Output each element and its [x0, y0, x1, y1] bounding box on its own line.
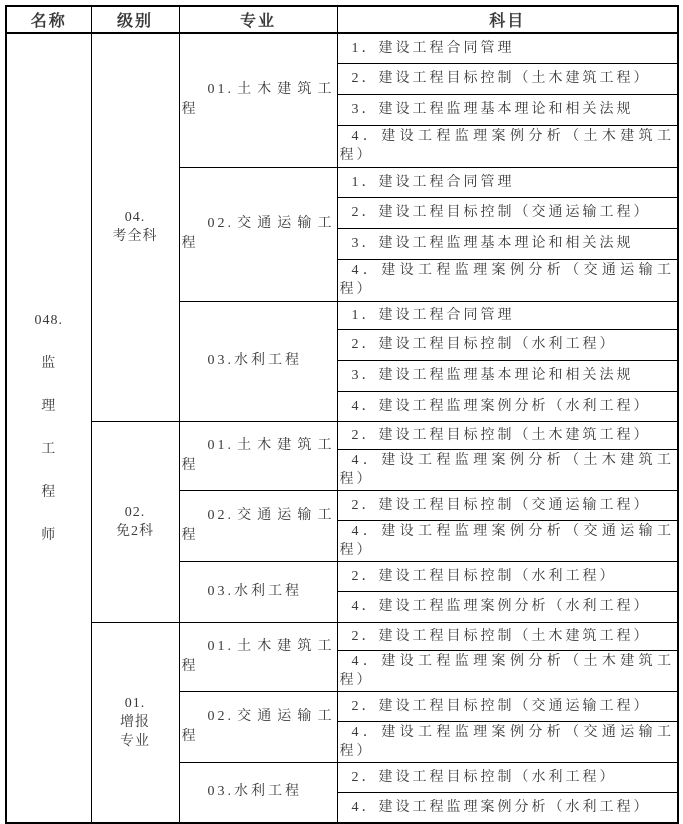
name-char: 工 [8, 428, 90, 471]
subject-cell: 3．建设工程监理基本理论和相关法规 [337, 94, 678, 125]
subject-cell: 4．建设工程监理案例分析（水利工程） [337, 591, 678, 622]
major-cell-water: 03.水利工程 [179, 561, 337, 622]
subject-cell: 3．建设工程监理基本理论和相关法规 [337, 360, 678, 391]
major-cell-transport: 02.交通运输工程 [179, 490, 337, 561]
subject-cell: 2．建设工程目标控制（土木建筑工程） [337, 63, 678, 94]
major-cell-transport: 02.交通运输工程 [179, 167, 337, 301]
subject-cell: 4．建设工程监理案例分析（土木建筑工程） [337, 125, 678, 167]
subject-cell: 2．建设工程目标控制（土木建筑工程） [337, 622, 678, 650]
major-cell-civil: 01.土木建筑工程 [179, 33, 337, 167]
col-header-level: 级别 [91, 6, 179, 33]
subject-cell: 4．建设工程监理案例分析（交通运输工程） [337, 520, 678, 561]
subject-cell: 2．建设工程目标控制（水利工程） [337, 762, 678, 792]
subject-cell: 1．建设工程合同管理 [337, 167, 678, 197]
subject-cell: 2．建设工程目标控制（交通运输工程） [337, 691, 678, 721]
name-char: 理 [8, 385, 90, 428]
level-cell-exempt-two: 02. 免2科 [91, 421, 179, 622]
subject-cell: 2．建设工程目标控制（水利工程） [337, 561, 678, 591]
name-char: 监 [8, 342, 90, 385]
level-cell-additional-major: 01. 增报 专业 [91, 622, 179, 823]
major-cell-transport: 02.交通运输工程 [179, 691, 337, 762]
subject-cell: 3．建设工程监理基本理论和相关法规 [337, 228, 678, 259]
table-row: 02. 免2科 01.土木建筑工程 2．建设工程目标控制（土木建筑工程） [6, 421, 678, 449]
name-char: 程 [8, 471, 90, 514]
col-header-name: 名称 [6, 6, 91, 33]
subject-cell: 4．建设工程监理案例分析（水利工程） [337, 792, 678, 823]
name-char: 师 [8, 514, 90, 557]
subject-cell: 2．建设工程目标控制（水利工程） [337, 329, 678, 360]
subject-cell: 1．建设工程合同管理 [337, 301, 678, 329]
major-cell-civil: 01.土木建筑工程 [179, 421, 337, 490]
col-header-major: 专业 [179, 6, 337, 33]
subject-cell: 4．建设工程监理案例分析（交通运输工程） [337, 721, 678, 762]
major-cell-water: 03.水利工程 [179, 762, 337, 823]
exam-subjects-table: 名称 级别 专业 科目 048. 监 理 工 程 师 04. 考全科 [5, 5, 679, 824]
subject-cell: 4．建设工程监理案例分析（土木建筑工程） [337, 449, 678, 490]
header-row: 名称 级别 专业 科目 [6, 6, 678, 33]
name-code: 048. [8, 299, 90, 342]
level-cell-full-exam: 04. 考全科 [91, 33, 179, 421]
subject-cell: 2．建设工程目标控制（交通运输工程） [337, 490, 678, 520]
col-header-subject: 科目 [337, 6, 678, 33]
document-page: 名称 级别 专业 科目 048. 监 理 工 程 师 04. 考全科 [0, 0, 683, 815]
major-cell-water: 03.水利工程 [179, 301, 337, 421]
table-row: 048. 监 理 工 程 师 04. 考全科 01.土木建筑工程 1．建设工程合… [6, 33, 678, 63]
major-cell-civil: 01.土木建筑工程 [179, 622, 337, 691]
subject-cell: 4．建设工程监理案例分析（水利工程） [337, 391, 678, 421]
subject-cell: 4．建设工程监理案例分析（土木建筑工程） [337, 650, 678, 691]
subject-cell: 1．建设工程合同管理 [337, 33, 678, 63]
subject-cell: 4．建设工程监理案例分析（交通运输工程） [337, 259, 678, 301]
subject-cell: 2．建设工程目标控制（土木建筑工程） [337, 421, 678, 449]
name-cell: 048. 监 理 工 程 师 [6, 33, 91, 823]
table-row: 01. 增报 专业 01.土木建筑工程 2．建设工程目标控制（土木建筑工程） [6, 622, 678, 650]
subject-cell: 2．建设工程目标控制（交通运输工程） [337, 197, 678, 228]
